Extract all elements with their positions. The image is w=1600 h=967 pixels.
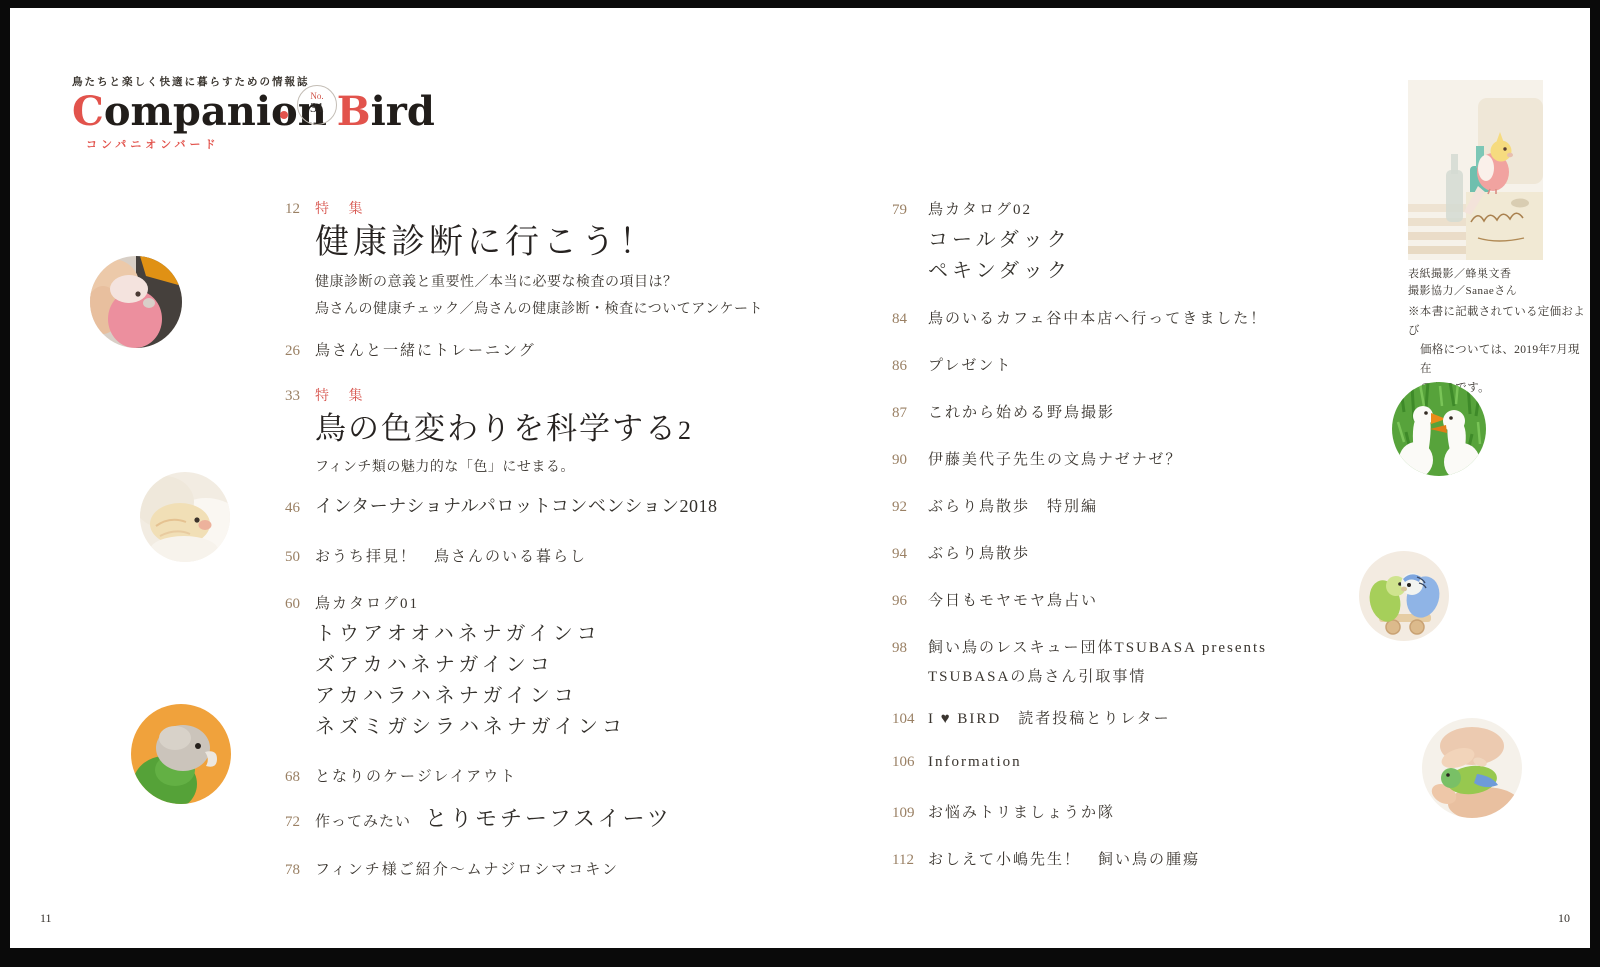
- price-disclaimer-line2: 価格については、2019年7月現在: [1408, 341, 1590, 379]
- title-o-bird-eye: o: [271, 91, 298, 133]
- toc-entry-86: 86 プレゼント: [892, 354, 1012, 375]
- cream-chick-photo: [140, 472, 230, 562]
- toc-page-number: 96: [892, 593, 928, 610]
- title-letter-b: B: [337, 88, 371, 135]
- toc-entry-title: おうち拝見！ 鳥さんのいる暮らし: [315, 545, 587, 566]
- toc-entry-title: 今日もモヤモヤ鳥占い: [928, 589, 1098, 610]
- catalog-bird-name: トウアオオハネナガインコ: [315, 624, 626, 644]
- toc-page-number: 60: [285, 596, 315, 613]
- magazine-spread: 鳥たちと楽しく快適に暮らすための情報誌 CompanionBird コンパニオン…: [10, 8, 1590, 948]
- toc-entry-title: I ♥ BIRD 読者投稿とりレター: [928, 707, 1171, 728]
- cover-credit-photographer: 表紙撮影／蜂巣文香: [1408, 266, 1517, 283]
- feature-title-number: 2: [678, 416, 691, 445]
- toc-page-number: 98: [892, 640, 928, 657]
- toc-entry-26: 26 鳥さんと一緒にトレーニング: [285, 339, 536, 360]
- toc-entry-title: となりのケージレイアウト: [315, 765, 517, 786]
- magazine-scan: { "logo": { "tagline": "鳥たちと楽しく快適に暮らすための…: [0, 0, 1600, 967]
- feature-subtitle: 健康診断の意義と重要性／本当に必要な検査の項目は？: [315, 271, 763, 291]
- toc-entry-title-line2: TSUBASAの鳥さん引取事情: [928, 665, 1267, 686]
- toc-entry-title: フィンチ様ご紹介〜ムナジロシマコキン: [315, 858, 619, 879]
- toc-page-number: 68: [285, 769, 315, 786]
- toc-entry-title: Information: [928, 754, 1022, 771]
- title-letter-c: C: [72, 88, 104, 135]
- toc-page-number: 104: [892, 711, 928, 728]
- feature-title-text: 鳥の色変わりを科学する: [315, 411, 678, 446]
- toc-page-number: 12: [285, 201, 315, 218]
- toc-page-number: 92: [892, 499, 928, 516]
- toc-page-number: 72: [285, 814, 315, 831]
- galah-cockatoo-photo: [90, 256, 182, 348]
- toc-page-number: 109: [892, 805, 928, 822]
- toc-entry-title: プレゼント: [928, 354, 1012, 375]
- feature-tag: 特 集: [315, 198, 371, 218]
- toc-entry-title: これから始める野鳥撮影: [928, 401, 1115, 422]
- toc-entry-78: 78 フィンチ様ご紹介〜ムナジロシマコキン: [285, 858, 619, 879]
- title-end: ird: [371, 88, 435, 135]
- toc-page-number: 78: [285, 862, 315, 879]
- toc-entry-title: 飼い鳥のレスキュー団体TSUBASA presents: [928, 636, 1267, 657]
- toc-page-number: 84: [892, 311, 928, 328]
- toc-entry-96: 96 今日もモヤモヤ鳥占い: [892, 589, 1098, 610]
- toc-page-number: 94: [892, 546, 928, 563]
- toc-entry-104: 104 I ♥ BIRD 読者投稿とりレター: [892, 707, 1171, 728]
- green-parrot-photo: [131, 704, 231, 804]
- toc-entry-50: 50 おうち拝見！ 鳥さんのいる暮らし: [285, 545, 587, 566]
- toc-entry-title: 鳥さんと一緒にトレーニング: [315, 339, 536, 360]
- photo-ducks-circle: [1392, 382, 1486, 476]
- photo-parrotlet-in-hand-circle: [1422, 718, 1522, 818]
- catalog-bird-name: アカハラハネナガインコ: [315, 686, 626, 706]
- toc-entry-84: 84 鳥のいるカフェ谷中本店へ行ってきました！: [892, 307, 1267, 328]
- toc-page-number: 79: [892, 202, 928, 219]
- catalog-bird-name: ネズミガシラハネナガインコ: [315, 717, 626, 737]
- cover-photo-image: [1408, 80, 1543, 260]
- toc-entry-title: お悩みトリましょうか隊: [928, 801, 1115, 822]
- toc-catalog-60: 60 鳥カタログ01 トウアオオハネナガインコ ズアカハネナガインコ アカハラハ…: [285, 592, 626, 737]
- issue-number-badge: No. 31: [297, 85, 337, 125]
- catalog-bird-name: ペキンダック: [928, 261, 1071, 281]
- toc-page-number: 33: [285, 388, 315, 405]
- toc-entry-109: 109 お悩みトリましょうか隊: [892, 801, 1115, 822]
- cover-credits: 表紙撮影／蜂巣文香 撮影協力／Sanaeさん: [1408, 266, 1517, 300]
- toc-entry-title: ぶらり鳥散歩 特別編: [928, 495, 1098, 516]
- toc-entry-title: 鳥のいるカフェ谷中本店へ行ってきました！: [928, 307, 1267, 328]
- toc-entry-87: 87 これから始める野鳥撮影: [892, 401, 1115, 422]
- magazine-logo: 鳥たちと楽しく快適に暮らすための情報誌 CompanionBird コンパニオン…: [72, 74, 435, 152]
- folio-left: 11: [40, 911, 52, 926]
- magazine-title-katakana: コンパニオンバード: [72, 136, 435, 152]
- photo-green-parrot-circle: [131, 704, 231, 804]
- toc-entry-98: 98 飼い鳥のレスキュー団体TSUBASA presents TSUBASAの鳥…: [892, 636, 1267, 686]
- toc-entry-94: 94 ぶらり鳥散歩: [892, 542, 1030, 563]
- feature-tag: 特 集: [315, 385, 371, 405]
- magazine-tagline: 鳥たちと楽しく快適に暮らすための情報誌: [72, 74, 435, 89]
- toc-page-number: 46: [285, 500, 315, 517]
- issue-label: No.: [298, 92, 336, 101]
- price-disclaimer-line1: ※本書に記載されている定価および: [1408, 303, 1590, 341]
- feature-title: 健康診断に行こう！: [315, 223, 763, 262]
- toc-page-number: 112: [892, 852, 928, 869]
- toc-entry-title: ぶらり鳥散歩: [928, 542, 1030, 563]
- toc-feature-33: 33 特 集 鳥の色変わりを科学する2 フィンチ類の魅力的な「色」にせまる。: [285, 385, 691, 476]
- toc-entry-title: 鳥カタログ02: [928, 198, 1032, 219]
- issue-number: 31: [298, 101, 336, 118]
- toc-entry-title: 鳥カタログ01: [315, 592, 419, 613]
- title-mid1: ompani: [104, 88, 271, 135]
- photo-cream-chick-circle: [140, 472, 230, 562]
- toc-page-number: 26: [285, 343, 315, 360]
- catalog-bird-name: ズアカハネナガインコ: [315, 655, 626, 675]
- toc-catalog-79: 79 鳥カタログ02 コールダック ペキンダック: [892, 198, 1071, 281]
- white-ducks-photo: [1392, 382, 1486, 476]
- toc-entry-90: 90 伊藤美代子先生の文鳥ナゼナゼ？: [892, 448, 1182, 469]
- feature-title: 鳥の色変わりを科学する2: [315, 410, 691, 447]
- toc-page-number: 86: [892, 358, 928, 375]
- toc-entry-46: 46 インターナショナルパロットコンベンション2018: [285, 492, 718, 518]
- toc-entry-106: 106 Information: [892, 754, 1022, 771]
- toc-entry-title: とりモチーフスイーツ: [425, 802, 672, 833]
- cover-credit-cooperation: 撮影協力／Sanaeさん: [1408, 283, 1517, 300]
- toc-entry-title: 伊藤美代子先生の文鳥ナゼナゼ？: [928, 448, 1182, 469]
- toc-feature-12: 12 特 集 健康診断に行こう！ 健康診断の意義と重要性／本当に必要な検査の項目…: [285, 198, 763, 318]
- budgies-on-toy-photo: [1359, 551, 1449, 641]
- toc-entry-title: おしえて小嶋先生！ 飼い鳥の腫瘍: [928, 848, 1200, 869]
- photo-galah-cockatoo-circle: [90, 256, 182, 348]
- magazine-title: CompanionBird: [72, 91, 435, 133]
- toc-page-number: 90: [892, 452, 928, 469]
- toc-entry-112: 112 おしえて小嶋先生！ 飼い鳥の腫瘍: [892, 848, 1200, 869]
- toc-page-number: 50: [285, 549, 315, 566]
- toc-entry-72: 72 作ってみたい とりモチーフスイーツ: [285, 802, 672, 833]
- parrotlet-in-hand-photo: [1422, 718, 1522, 818]
- catalog-bird-name: コールダック: [928, 230, 1071, 250]
- toc-entry-68: 68 となりのケージレイアウト: [285, 765, 517, 786]
- toc-entry-title: インターナショナルパロットコンベンション2018: [315, 492, 718, 518]
- folio-right: 10: [1558, 911, 1570, 926]
- toc-entry-92: 92 ぶらり鳥散歩 特別編: [892, 495, 1098, 516]
- feature-subtitle: フィンチ類の魅力的な「色」にせまる。: [315, 456, 691, 476]
- cover-photo: [1408, 80, 1543, 260]
- feature-subtitle: 鳥さんの健康チェック／鳥さんの健康診断・検査についてアンケート: [315, 298, 763, 318]
- photo-budgies-circle: [1359, 551, 1449, 641]
- toc-page-number: 106: [892, 754, 928, 771]
- toc-entry-prefix: 作ってみたい: [315, 810, 411, 831]
- toc-page-number: 87: [892, 405, 928, 422]
